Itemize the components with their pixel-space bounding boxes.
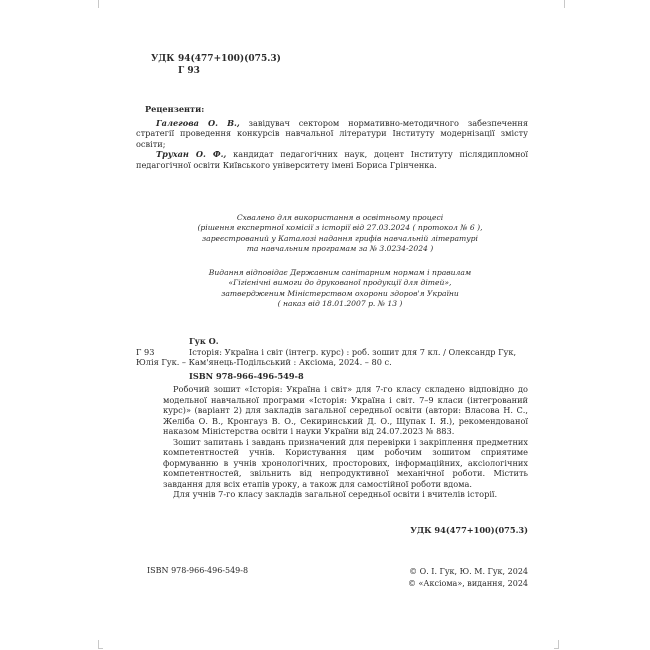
annotation-paragraph: Для учнів 7-го класу закладів загальної … xyxy=(163,489,528,500)
approval-line: та навчальним програмам за № 3.0234-2024… xyxy=(170,244,510,254)
biblio-line-2: Юлія Гук. – Кам'янець-Подільський : Аксі… xyxy=(136,357,528,368)
sanitary-line: Видання відповідає Державним санітарним … xyxy=(170,268,510,278)
reviewers-title: Рецензенти: xyxy=(136,104,528,115)
biblio-author: Гук О. xyxy=(136,336,528,347)
reviewers-section: Рецензенти: Галегова О. В., завідувач се… xyxy=(136,104,528,171)
crop-mark-bottom-right xyxy=(554,640,559,649)
annotation: Робочий зошит «Історія: Україна і світ» … xyxy=(163,384,528,500)
reviewer-2: Трухан О. Ф., кандидат педагогічних наук… xyxy=(136,149,528,170)
sanitary-line: «Гігієнічні вимоги до друкованої продукц… xyxy=(170,278,510,288)
approval-line: зареєстрований у Каталозі надання грифів… xyxy=(170,234,510,244)
crop-mark-top-right xyxy=(558,0,565,8)
reviewer-1: Галегова О. В., завідувач сектором норма… xyxy=(136,118,528,150)
annotation-paragraph: Зошит запитань і завдань призначений для… xyxy=(163,437,528,490)
biblio-code: Г 93 xyxy=(136,347,189,358)
udk-label: УДК xyxy=(151,53,178,65)
udk-header: УДК94(477+100)(075.3) Г 93 xyxy=(151,53,281,77)
annotation-paragraph: Робочий зошит «Історія: Україна і світ» … xyxy=(163,384,528,437)
biblio-title-row: Г 93 Історія: Україна і світ (інтегр. ку… xyxy=(136,347,528,358)
udk-code: 94(477+100)(075.3) xyxy=(178,54,281,64)
biblio-isbn: ISBN 978-966-496-549-8 xyxy=(136,371,528,382)
author-mark: Г 93 xyxy=(151,65,281,77)
bibliographic-record: Гук О. Г 93 Історія: Україна і світ (інт… xyxy=(136,336,528,381)
sanitary-line: ( наказ від 18.01.2007 р. № 13 ) xyxy=(170,299,510,309)
sanitary-note: Видання відповідає Державним санітарним … xyxy=(170,268,510,309)
approval-note: Схвалено для використання в освітньому п… xyxy=(170,213,510,254)
crop-mark-top-left xyxy=(98,0,105,8)
biblio-line-1: Історія: Україна і світ (інтегр. курс) :… xyxy=(189,347,516,358)
copyright-block: © О. І. Гук, Ю. М. Гук, 2024 © «Аксіома»… xyxy=(376,566,528,590)
reviewer-name: Галегова О. В., xyxy=(156,118,240,128)
copyright-line: © «Аксіома», видання, 2024 xyxy=(376,578,528,590)
approval-line: (рішення експертної комісії з історії ві… xyxy=(170,223,510,233)
crop-mark-bottom-left xyxy=(98,640,103,649)
copyright-line: © О. І. Гук, Ю. М. Гук, 2024 xyxy=(376,566,528,578)
sanitary-line: затвердженим Міністерством охорони здоро… xyxy=(170,289,510,299)
footer-isbn: ISBN 978-966-496-549-8 xyxy=(147,566,248,575)
udk-footer-code: УДК 94(477+100)(075.3) xyxy=(380,525,528,535)
reviewer-name: Трухан О. Ф., xyxy=(156,149,226,159)
approval-line: Схвалено для використання в освітньому п… xyxy=(170,213,510,223)
